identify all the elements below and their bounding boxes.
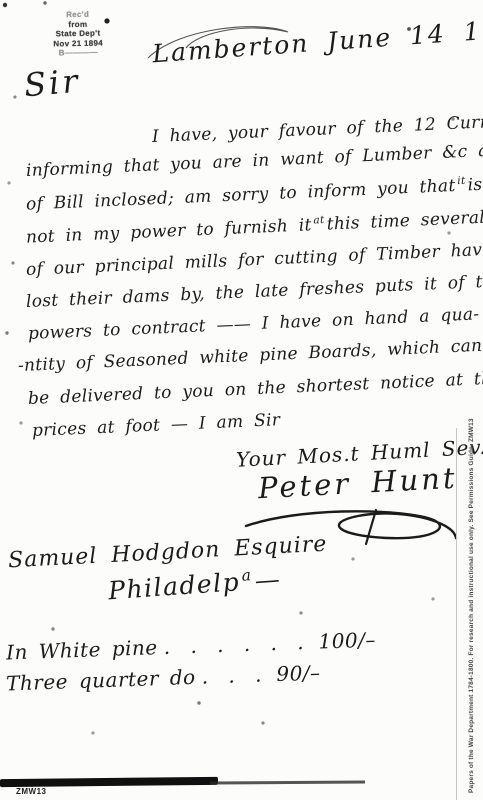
scan-edge-line (456, 428, 457, 800)
acquisition-stamp: Rec'd from State Dep't Nov 21 1894 B———— (34, 9, 123, 58)
scanned-letter-page: Rec'd from State Dep't Nov 21 1894 B————… (0, 0, 483, 800)
city-text: Philadelp (107, 567, 241, 605)
price-row: In White pine. . . . . .100/– (6, 628, 377, 665)
price-value: 100/– (318, 628, 376, 654)
body-line: informing that you are in want of Lumber… (26, 140, 483, 181)
body-line: of Bill inclosed; am sorry to inform you… (26, 174, 483, 215)
bottom-ink-smear (0, 777, 218, 787)
recipient-city: Philadelpa— (107, 564, 282, 605)
body-text: of our principal mills for cutting of Ti… (26, 239, 483, 280)
city-dash: — (254, 564, 282, 595)
price-dots: . . . . . . (163, 630, 309, 659)
body-line: be delivered to you on the shortest noti… (28, 368, 483, 409)
superscript-insertion: it (457, 175, 466, 187)
body-line: I have, your favour of the 12 Current (152, 111, 483, 147)
bottom-ink-smear-thin (210, 780, 365, 784)
body-text: this time several (326, 208, 483, 235)
price-item: Three quarter do (6, 665, 196, 696)
bottom-left-code: ZMW13 (16, 787, 47, 796)
scan-noise-speckles (0, 0, 2, 2)
body-text: I have, your favour of the 12 Current (152, 111, 483, 147)
body-line: of our principal mills for cutting of Ti… (26, 239, 483, 280)
stamp-line: Rec'd (34, 9, 122, 20)
body-text: not in my power to furnish it (26, 215, 312, 247)
city-superscript: a (241, 566, 253, 585)
superscript-insertion: at (313, 214, 325, 226)
body-line: not in my power to furnish itatthis time… (26, 207, 483, 248)
stamp-line: B———— (34, 47, 122, 58)
price-item: In White pine (6, 635, 158, 664)
price-dots: . . . (201, 662, 267, 688)
price-row: Three quarter do. . .90/– (6, 661, 321, 696)
body-line: -ntity of Seasoned white pine Boards, wh… (18, 336, 483, 376)
body-text: be delivered to you on the shortest noti… (28, 368, 483, 409)
body-text: -ntity of Seasoned white pine Boards, wh… (18, 336, 483, 376)
body-text: is (467, 175, 483, 196)
body-line: prices at foot — I am Sir (32, 410, 281, 441)
body-text: of Bill inclosed; am sorry to inform you… (26, 176, 456, 215)
body-text: informing that you are in want of Lumber… (26, 140, 483, 181)
salutation: Sir (22, 62, 82, 105)
rights-margin-text: Papers of the War Department 1784-1800. … (468, 418, 475, 793)
body-text: prices at foot — I am Sir (32, 410, 281, 441)
price-value: 90/– (276, 661, 321, 687)
